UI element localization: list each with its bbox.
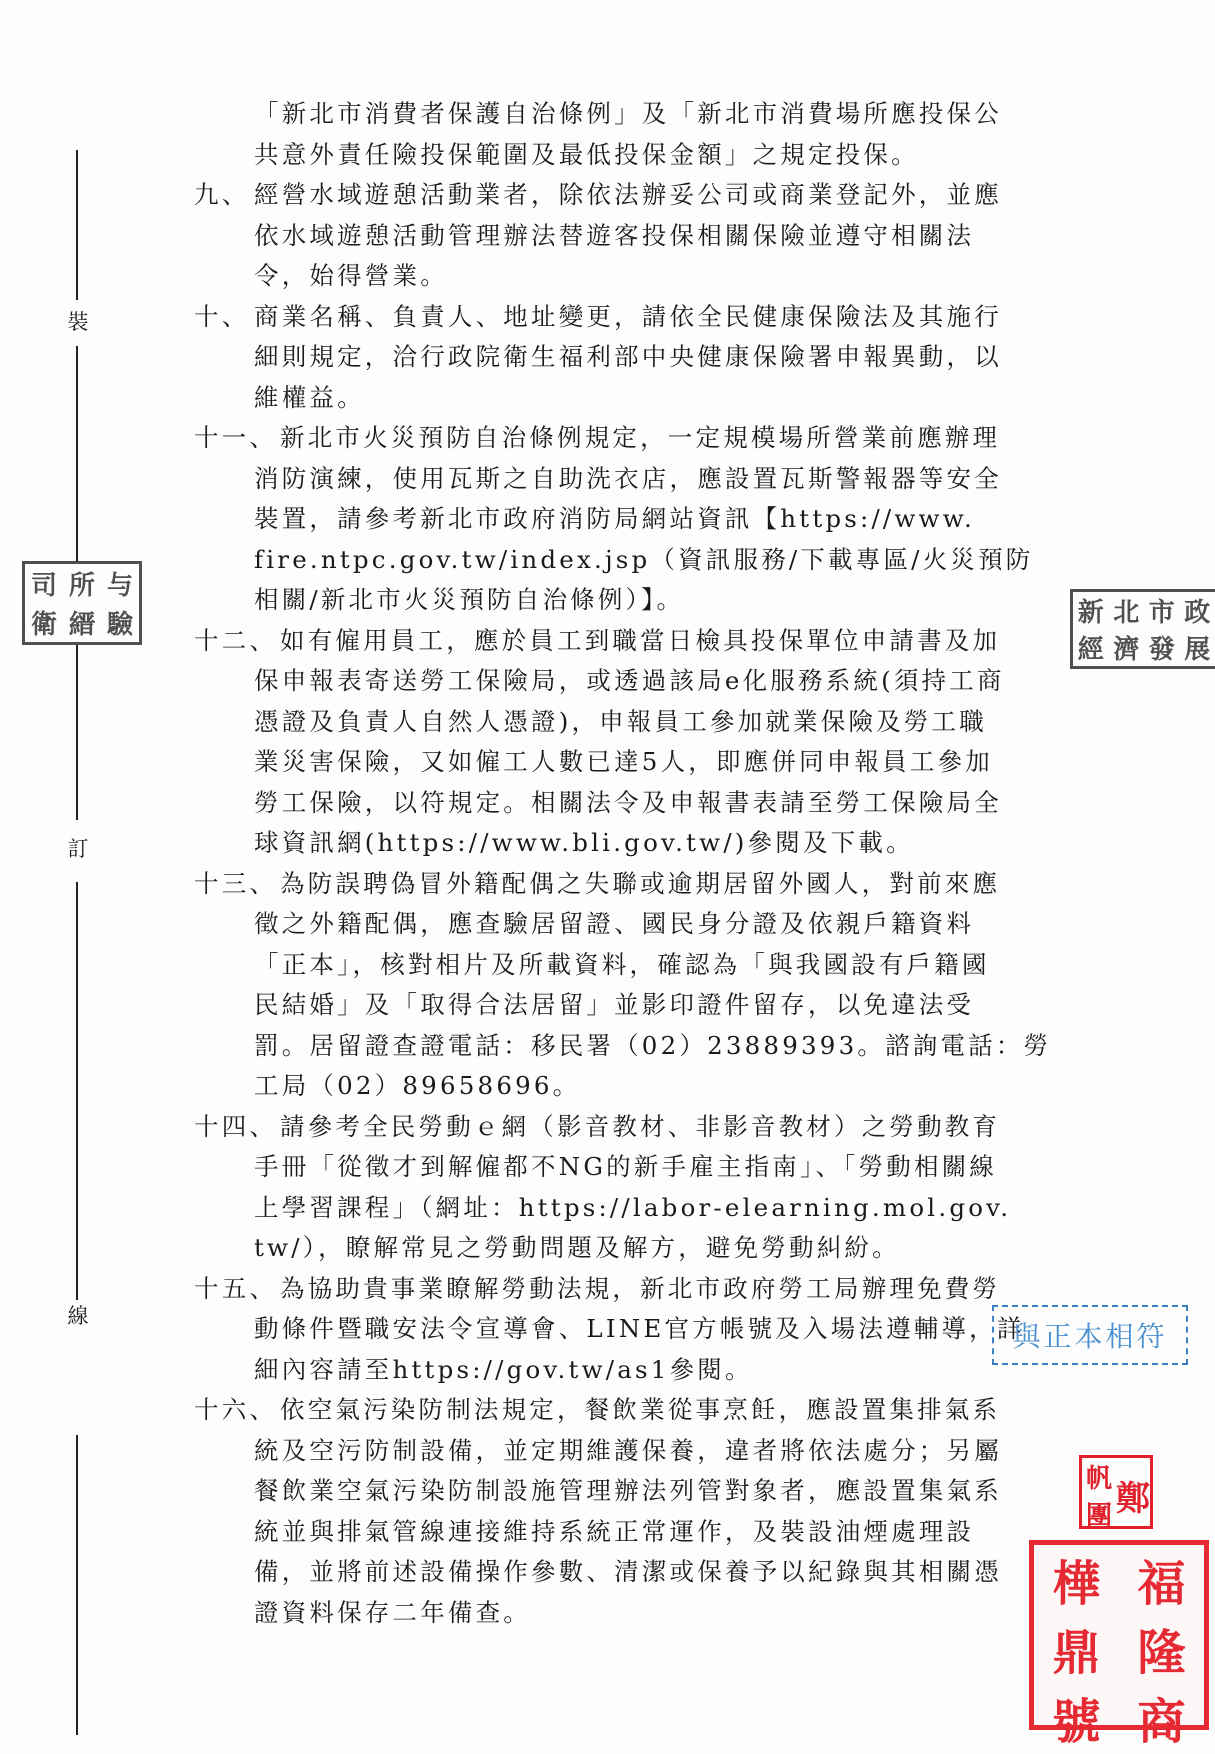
seal-char: 經: [1073, 629, 1109, 666]
clause-line: 為防誤聘偽冒外籍配偶之失聯或逾期居留外國人，對前來應: [194, 864, 1034, 905]
clause-line: 證資料保存二年備查。: [194, 1593, 1034, 1634]
clause-number: 十六、: [194, 1390, 277, 1431]
clause-line: 新北市火災預防自治條例規定，一定規模場所營業前應辦理: [194, 418, 1034, 459]
clause-15: 十五、 為協助貴事業瞭解勞動法規，新北市政府勞工局辦理免費勞 動條件暨職安法令宣…: [194, 1269, 1034, 1391]
clause-line: 細則規定，洽行政院衛生福利部中央健康保險署申報異動，以: [194, 337, 1034, 378]
document-body: 「新北市消費者保護自治條例」及「新北市消費場所應投保公 共意外責任險投保範圍及最…: [194, 94, 1034, 1633]
binding-line-1: [76, 150, 78, 300]
clause-number: 九、: [194, 175, 249, 216]
clause-11: 十一、 新北市火災預防自治條例規定，一定規模場所營業前應辦理 消防演練，使用瓦斯…: [194, 418, 1034, 621]
clause-line: fire.ntpc.gov.tw/index.jsp（資訊服務/下載專區/火災預…: [194, 540, 1034, 581]
clause-10: 十、 商業名稱、負責人、地址變更，請依全民健康保險法及其施行 細則規定，洽行政院…: [194, 297, 1034, 419]
clause-line: 經營水域遊憩活動業者，除依法辦妥公司或商業登記外，並應: [194, 175, 1034, 216]
clause-line: 業災害保險，又如僱工人數已達5人，即應併同申報員工參加: [194, 742, 1034, 783]
seal-char: 与: [101, 564, 139, 603]
clause-line: 動條件暨職安法令宣導會、LINE官方帳號及入場法遵輔導，詳: [194, 1309, 1034, 1350]
clause-line: 消防演練，使用瓦斯之自助洗衣店，應設置瓦斯警報器等安全: [194, 459, 1034, 500]
clause-line: 依水域遊憩活動管理辦法替遊客投保相關保險並遵守相關法: [194, 216, 1034, 257]
document-page: 裝 訂 線 司 所 与 衛 縉 驗 新 北 市 政 經 濟 發 展 「新北市消費…: [0, 0, 1215, 1754]
clause-line: 餐飲業空氣污染防制設施管理辦法列管對象者，應設置集氣系: [194, 1471, 1034, 1512]
clause-line: 統及空污防制設備，並定期維護保養，違者將依法處分；另屬: [194, 1431, 1034, 1472]
binding-label-ding: 訂: [66, 833, 90, 863]
clause-line: 民結婚」及「取得合法居留」並影印證件留存，以免違法受: [194, 985, 1034, 1026]
seal-char: 商: [1119, 1683, 1204, 1752]
seal-char: 團: [1082, 1495, 1116, 1532]
binding-line-5: [76, 1435, 78, 1735]
certified-copy-stamp: 與正本相符: [992, 1305, 1188, 1365]
seal-char: 樺: [1034, 1545, 1119, 1614]
clause-line: 備，並將前述設備操作參數、清潔或保養予以紀錄與其相關憑: [194, 1552, 1034, 1593]
clause-line: 如有僱用員工，應於員工到職當日檢具投保單位申請書及加: [194, 621, 1034, 662]
clause-line: 徵之外籍配偶，應查驗居留證、國民身分證及依親戶籍資料: [194, 904, 1034, 945]
seal-char: 隆: [1119, 1614, 1204, 1683]
clause-number: 十四、: [194, 1107, 277, 1148]
seal-char: 衛: [25, 603, 63, 642]
clause-line: 「正本」，核對相片及所載資料，確認為「與我國設有戶籍國: [194, 945, 1034, 986]
seal-char: 驗: [101, 603, 139, 642]
clause-line: 統並與排氣管線連接維持系統正常運作，及裝設油煙處理設: [194, 1512, 1034, 1553]
seal-char: 展: [1180, 629, 1215, 666]
clause-line: 細內容請至https://gov.tw/as1參閱。: [194, 1350, 1034, 1391]
clause-line: 勞工保險，以符規定。相關法令及申報書表請至勞工保險局全: [194, 783, 1034, 824]
clause-14: 十四、 請參考全民勞動ｅ網（影音教材、非影音教材）之勞動教育 手冊「從徵才到解僱…: [194, 1107, 1034, 1269]
clause-line: tw/），瞭解常見之勞動問題及解方，避免勞動糾紛。: [194, 1228, 1034, 1269]
clause-line: 依空氣污染防制法規定，餐飲業從事烹飪，應設置集排氣系: [194, 1390, 1034, 1431]
seal-char: 發: [1144, 629, 1180, 666]
official-seal-left: 司 所 与 衛 縉 驗: [22, 561, 142, 645]
binding-line-2: [76, 346, 78, 562]
seal-char: 鄭: [1116, 1458, 1150, 1532]
company-seal-red: 樺 福 鼎 隆 號 商: [1029, 1540, 1209, 1730]
clause-number: 十二、: [194, 621, 277, 662]
official-seal-right: 新 北 市 政 經 濟 發 展: [1070, 589, 1215, 669]
clause-number: 十一、: [194, 418, 277, 459]
binding-label-zhuang: 裝: [66, 306, 90, 336]
clause-continued: 「新北市消費者保護自治條例」及「新北市消費場所應投保公 共意外責任險投保範圍及最…: [194, 94, 1034, 175]
clause-line: 工局（02）89658696。: [194, 1066, 1034, 1107]
seal-char: 新: [1073, 592, 1109, 629]
clause-number: 十五、: [194, 1269, 277, 1310]
seal-char: 福: [1119, 1545, 1204, 1614]
clause-line: 相關/新北市火災預防自治條例）】。: [194, 580, 1034, 621]
clause-line: 維權益。: [194, 378, 1034, 419]
seal-char: 所: [63, 564, 101, 603]
seal-char: 司: [25, 564, 63, 603]
seal-char: 市: [1144, 592, 1180, 629]
clause-line: 請參考全民勞動ｅ網（影音教材、非影音教材）之勞動教育: [194, 1107, 1034, 1148]
seal-char: 政: [1180, 592, 1215, 629]
clause-line: 上學習課程」（網址：https://labor-elearning.mol.go…: [194, 1188, 1034, 1229]
clause-16: 十六、 依空氣污染防制法規定，餐飲業從事烹飪，應設置集排氣系 統及空污防制設備，…: [194, 1390, 1034, 1633]
clause-line: 「新北市消費者保護自治條例」及「新北市消費場所應投保公: [194, 94, 1034, 135]
clause-number: 十三、: [194, 864, 277, 905]
seal-char: 縉: [63, 603, 101, 642]
seal-char: 號: [1034, 1683, 1119, 1752]
clause-line: 令，始得營業。: [194, 256, 1034, 297]
seal-char: 北: [1109, 592, 1145, 629]
clause-9: 九、 經營水域遊憩活動業者，除依法辦妥公司或商業登記外，並應 依水域遊憩活動管理…: [194, 175, 1034, 297]
clause-12: 十二、 如有僱用員工，應於員工到職當日檢具投保單位申請書及加 保申報表寄送勞工保…: [194, 621, 1034, 864]
clause-line: 共意外責任險投保範圍及最低投保金額」之規定投保。: [194, 135, 1034, 176]
clause-13: 十三、 為防誤聘偽冒外籍配偶之失聯或逾期居留外國人，對前來應 徵之外籍配偶，應查…: [194, 864, 1034, 1107]
binding-line-4: [76, 882, 78, 1300]
clause-line: 為協助貴事業瞭解勞動法規，新北市政府勞工局辦理免費勞: [194, 1269, 1034, 1310]
clause-line: 商業名稱、負責人、地址變更，請依全民健康保險法及其施行: [194, 297, 1034, 338]
seal-char: 濟: [1109, 629, 1145, 666]
clause-line: 手冊「從徵才到解僱都不NG的新手雇主指南」、「勞動相關線: [194, 1147, 1034, 1188]
seal-char: 帆: [1082, 1458, 1116, 1495]
clause-line: 裝置，請參考新北市政府消防局網站資訊【https://www.: [194, 499, 1034, 540]
clause-number: 十、: [194, 297, 249, 338]
clause-line: 保申報表寄送勞工保險局，或透過該局e化服務系統(須持工商: [194, 661, 1034, 702]
clause-line: 球資訊網(https://www.bli.gov.tw/)參閱及下載。: [194, 823, 1034, 864]
binding-label-xian: 線: [66, 1300, 90, 1330]
seal-char: 鼎: [1034, 1614, 1119, 1683]
clause-line: 憑證及負責人自然人憑證)，申報員工參加就業保險及勞工職: [194, 702, 1034, 743]
clause-line: 罰。居留證查證電話：移民署（02）23889393。諮詢電話：勞: [194, 1026, 1034, 1067]
personal-seal-red: 帆 鄭 團: [1079, 1455, 1153, 1529]
binding-line-3: [76, 645, 78, 820]
